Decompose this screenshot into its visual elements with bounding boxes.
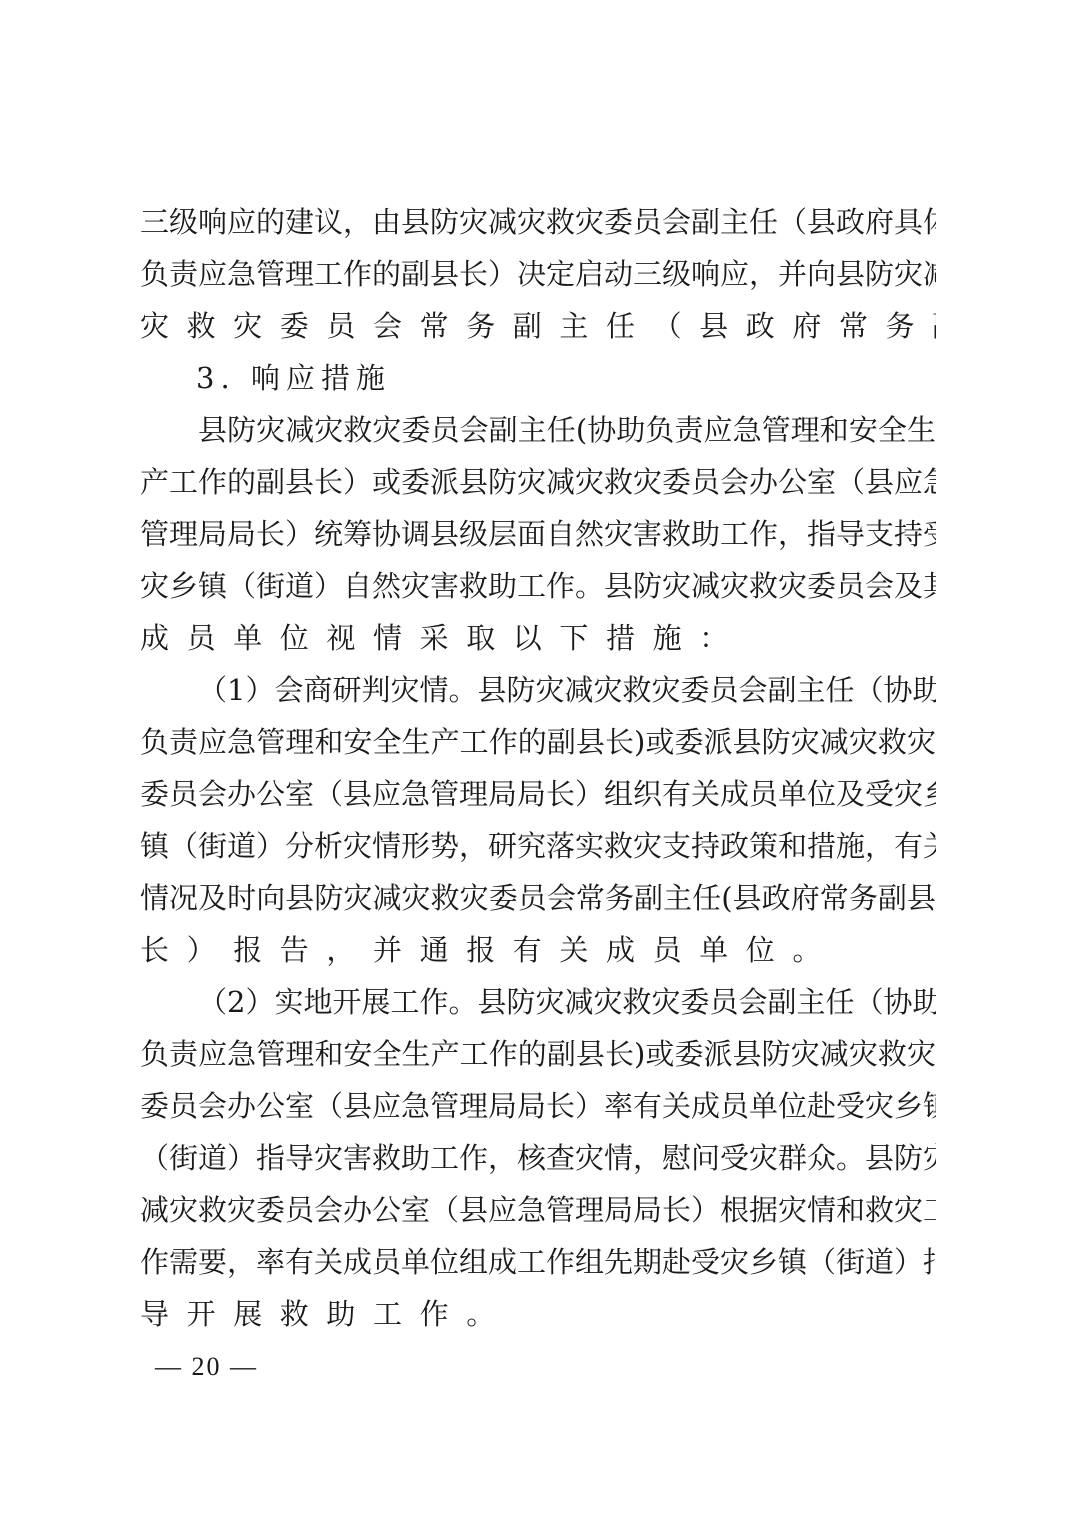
text-line: 成员单位视情采取以下措施： <box>140 612 936 664</box>
text-line: 负责应急管理和安全生产工作的副县长)或委派县防灾减灾救灾 <box>140 1028 936 1080</box>
text-line: （2）实地开展工作。县防灾减灾救灾委员会副主任（协助 <box>140 976 936 1028</box>
text-line: 委员会办公室（县应急管理局局长）组织有关成员单位及受灾乡 <box>140 768 936 820</box>
text-line: 灾救灾委员会常务副主任（县政府常务副县长）报告。 <box>140 300 936 352</box>
text-line: 管理局局长）统筹协调县级层面自然灾害救助工作，指导支持受 <box>140 508 936 560</box>
text-line: 负责应急管理和安全生产工作的副县长)或委派县防灾减灾救灾 <box>140 716 936 768</box>
text-line: 县防灾减灾救灾委员会副主任(协助负责应急管理和安全生 <box>140 404 936 456</box>
text-line: 镇（街道）分析灾情形势，研究落实救灾支持政策和措施，有关 <box>140 820 936 872</box>
text-line: （1）会商研判灾情。县防灾减灾救灾委员会副主任（协助 <box>140 664 936 716</box>
section-heading: 3. 响应措施 <box>140 352 936 404</box>
text-line: 负责应急管理工作的副县长）决定启动三级响应，并向县防灾减 <box>140 248 936 300</box>
document-body: 三级响应的建议，由县防灾减灾救灾委员会副主任（县政府具体 负责应急管理工作的副县… <box>140 196 936 1340</box>
page-number: — 20 — <box>155 1352 258 1382</box>
text-line: 长）报告，并通报有关成员单位。 <box>140 924 936 976</box>
text-line: 减灾救灾委员会办公室（县应急管理局局长）根据灾情和救灾工 <box>140 1184 936 1236</box>
text-line: 委员会办公室（县应急管理局局长）率有关成员单位赴受灾乡镇 <box>140 1080 936 1132</box>
text-line: 情况及时向县防灾减灾救灾委员会常务副主任(县政府常务副县 <box>140 872 936 924</box>
text-line: 作需要，率有关成员单位组成工作组先期赴受灾乡镇（街道）指 <box>140 1236 936 1288</box>
text-line: 导开展救助工作。 <box>140 1288 936 1340</box>
text-line: 三级响应的建议，由县防灾减灾救灾委员会副主任（县政府具体 <box>140 196 936 248</box>
text-line: （街道）指导灾害救助工作，核查灾情，慰问受灾群众。县防灾 <box>140 1132 936 1184</box>
text-line: 灾乡镇（街道）自然灾害救助工作。县防灾减灾救灾委员会及其 <box>140 560 936 612</box>
document-page: 三级响应的建议，由县防灾减灾救灾委员会副主任（县政府具体 负责应急管理工作的副县… <box>0 0 1074 1520</box>
text-line: 产工作的副县长）或委派县防灾减灾救灾委员会办公室（县应急 <box>140 456 936 508</box>
